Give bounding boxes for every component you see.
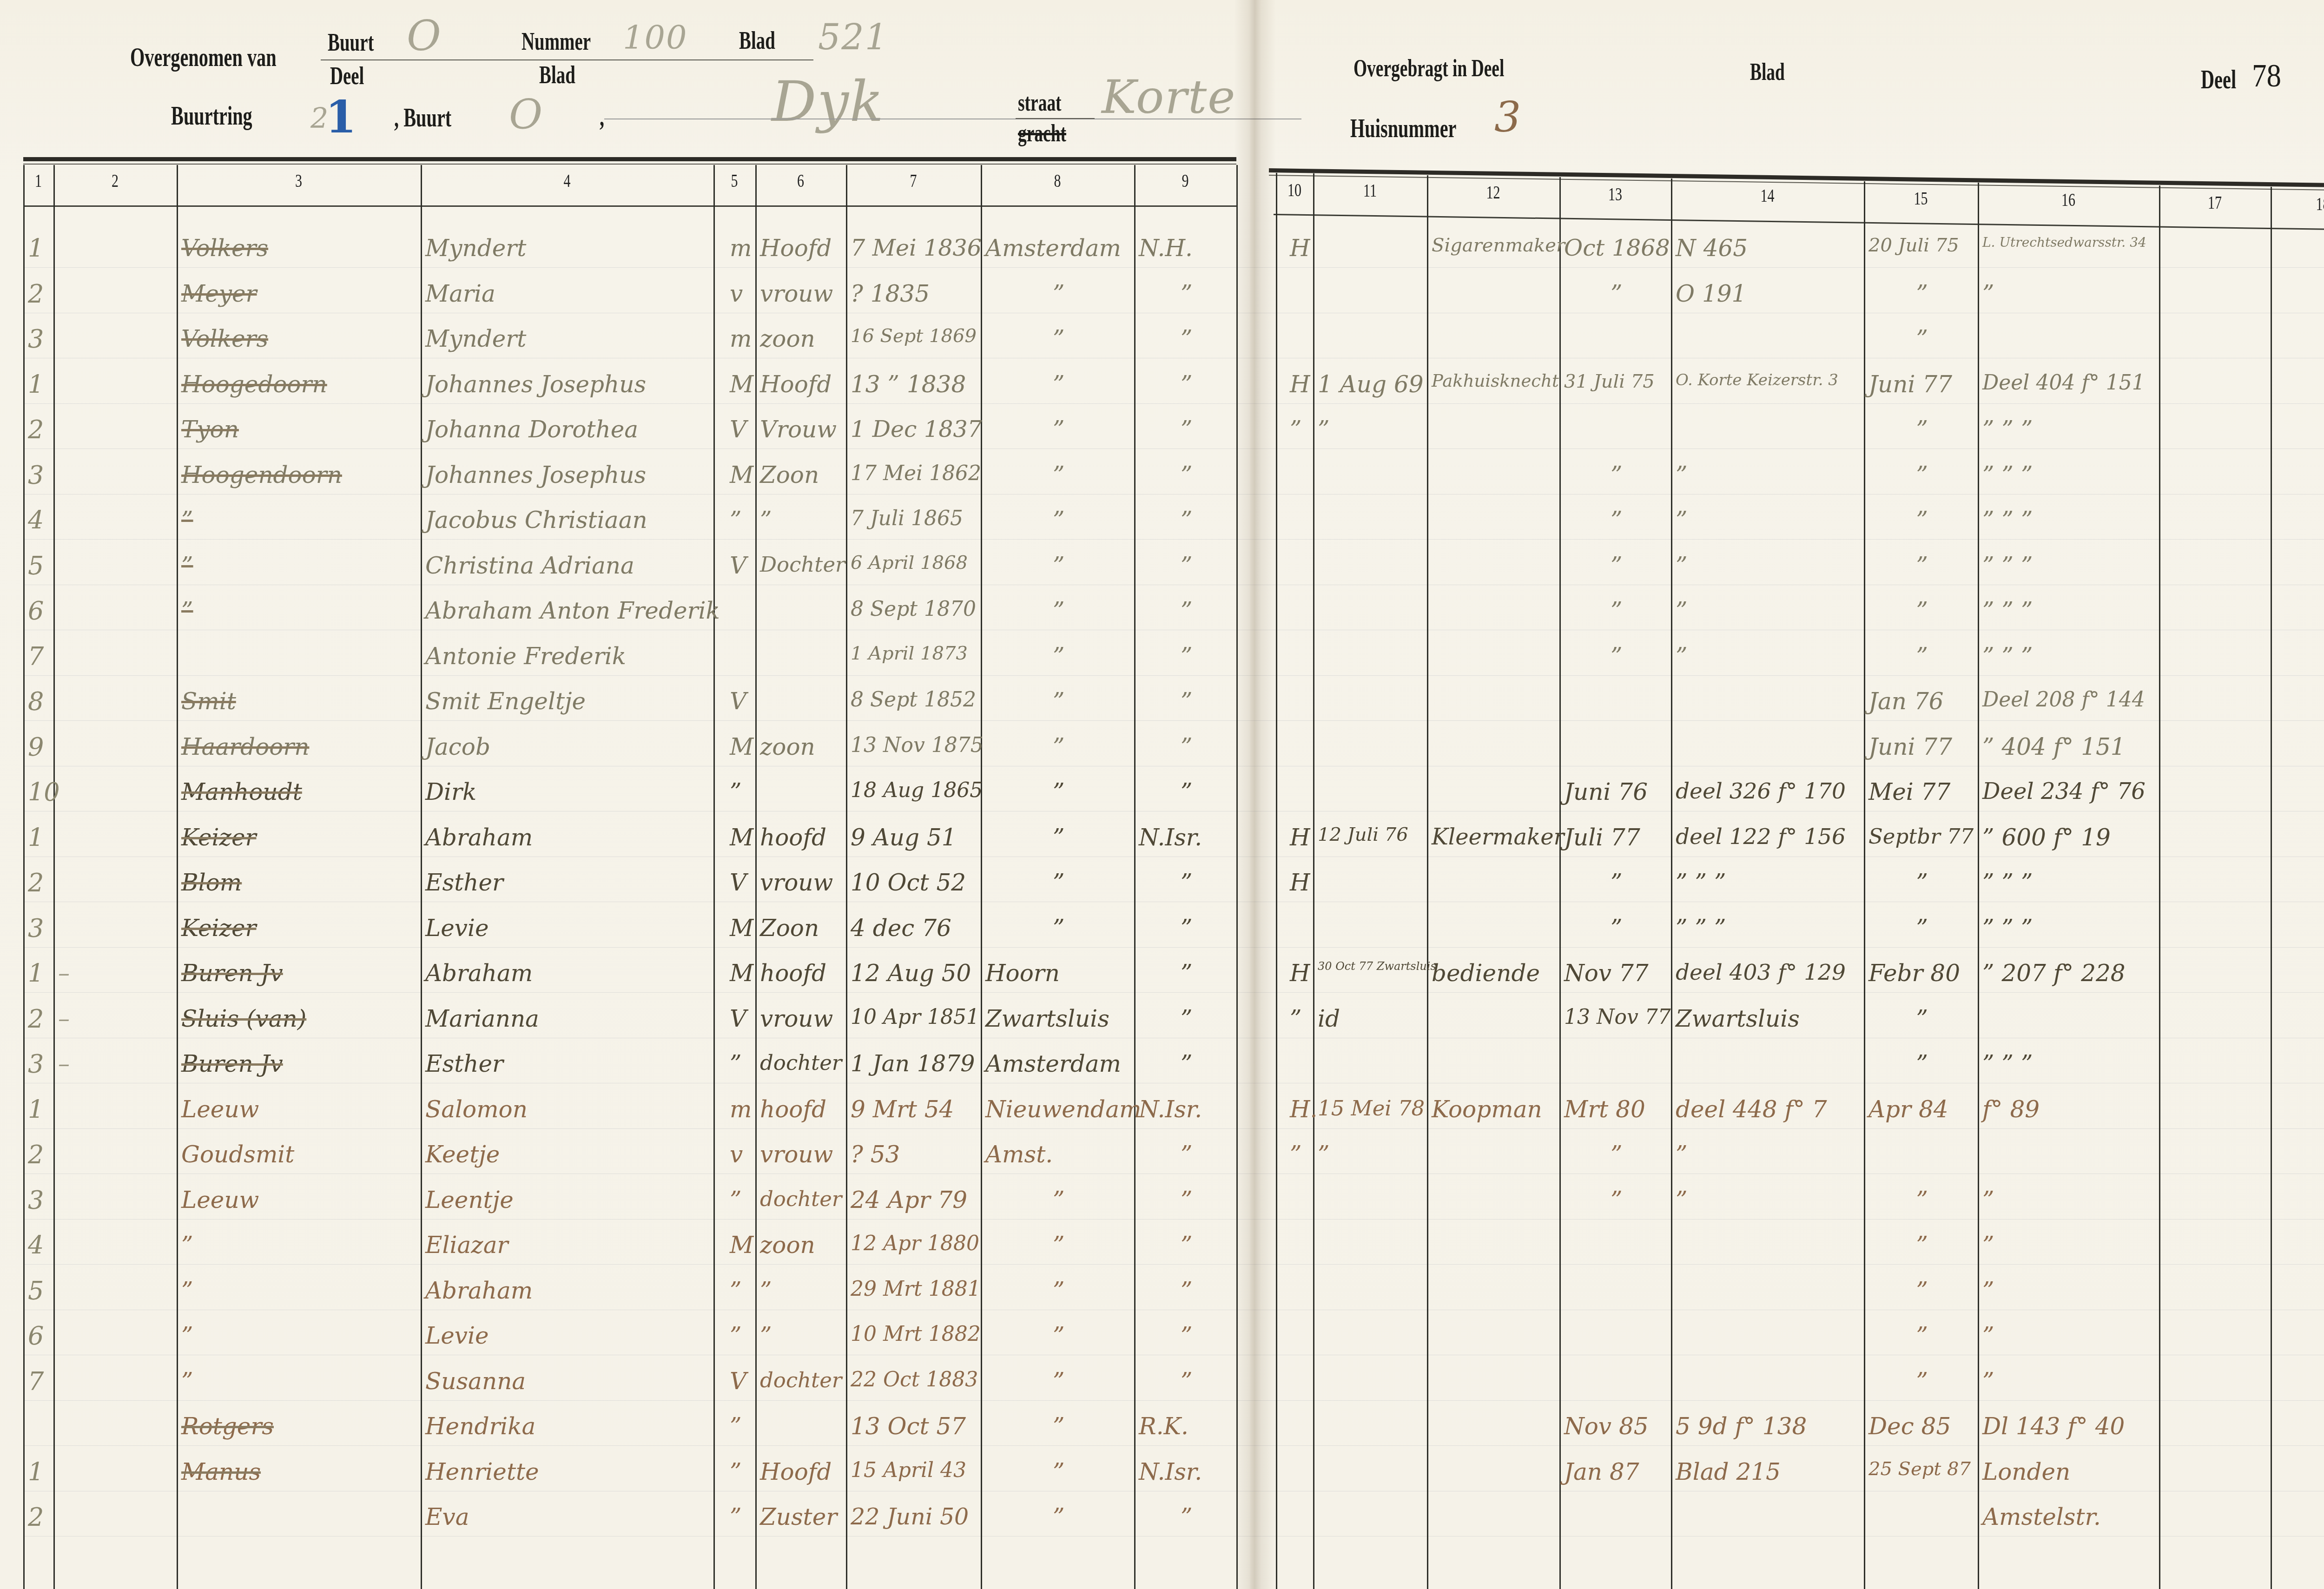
cell-c16: ” ” ”	[1982, 1050, 2033, 1077]
cell-c3: Buren Jv	[181, 1050, 283, 1077]
cell-c3: Tyon	[181, 416, 239, 443]
cell-c9: ”	[1181, 1141, 1193, 1168]
left-top-rule	[23, 157, 1236, 161]
huisnummer-value: 3	[1494, 93, 1522, 142]
row-number: 3	[28, 1049, 44, 1079]
column-number-7: 7	[863, 170, 964, 191]
cell-c6: zoon	[760, 733, 815, 760]
overgebragt-label: Overgebragt in Deel	[1353, 55, 1504, 82]
cell-c14: ”	[1676, 552, 1688, 579]
cell-c9: R.K.	[1139, 1413, 1188, 1440]
cell-c13: ”	[1611, 869, 1623, 896]
cell-c10: H	[1290, 869, 1310, 896]
cell-c5: m	[730, 235, 752, 262]
cell-c16: ” ” ”	[1982, 915, 2033, 942]
row-number: 2	[28, 868, 44, 897]
column-number-11: 11	[1327, 179, 1413, 201]
cell-c16: ”	[1982, 280, 1994, 307]
cell-c9: ”	[1181, 1322, 1193, 1349]
cell-c4: Johannes Josephus	[425, 462, 646, 488]
cell-c5: M	[730, 733, 753, 760]
cell-c15: ”	[1916, 1368, 1928, 1395]
cell-c8: ”	[1053, 1503, 1065, 1530]
cell-c9: ”	[1181, 960, 1193, 987]
cell-c15: Apr 84	[1868, 1096, 1948, 1123]
cell-c8: ”	[1053, 462, 1065, 488]
cell-c3: Leeuw	[181, 1187, 259, 1213]
row-number: 4	[28, 506, 44, 535]
row-number: 2	[28, 415, 44, 444]
cell-c8: ”	[1053, 688, 1065, 715]
cell-c5: M	[730, 1232, 753, 1259]
cell-c14: ”	[1676, 1141, 1688, 1168]
cell-c8: ”	[1053, 597, 1065, 624]
cell-c2: –	[58, 1005, 70, 1032]
cell-c8: ”	[1053, 1322, 1065, 1349]
cell-c14: O. Korte Keizerstr. 3	[1676, 371, 1838, 389]
cell-c7: 22 Oct 1883	[851, 1368, 978, 1391]
row-number: 1	[28, 959, 44, 988]
column-number-8: 8	[1000, 170, 1115, 191]
cell-c12: bediende	[1432, 960, 1540, 987]
cell-c6: vrouw	[760, 1005, 833, 1032]
cell-c8: Amsterdam	[985, 235, 1121, 262]
cell-c14: deel 403 f° 129	[1676, 960, 1846, 985]
row-number: 10	[28, 778, 53, 807]
cell-c6: hoofd	[760, 960, 826, 987]
cell-c9: N.Isr.	[1139, 1458, 1202, 1485]
cell-c15: ”	[1916, 869, 1928, 896]
cell-c13: Juli 77	[1564, 824, 1640, 851]
cell-c6: hoofd	[760, 824, 826, 851]
row-number: 4	[28, 1231, 44, 1260]
row-number: 1	[28, 234, 44, 263]
cell-c7: 16 Sept 1869	[851, 325, 977, 347]
cell-c4: Myndert	[425, 325, 526, 352]
straat-label: straat	[1018, 89, 1062, 117]
cell-c15: 25 Sept 87	[1868, 1458, 1971, 1480]
cell-c9: ”	[1181, 1368, 1193, 1395]
cell-c4: Abraham	[425, 960, 533, 987]
cell-c14: ”	[1676, 462, 1688, 488]
cell-c13: ”	[1611, 643, 1623, 670]
cell-c7: 15 April 43	[851, 1458, 966, 1482]
cell-c13: Nov 85	[1564, 1413, 1649, 1440]
cell-c13: ”	[1611, 1141, 1623, 1168]
cell-c8: ”	[1053, 869, 1065, 896]
cell-c15: ”	[1916, 552, 1928, 579]
cell-c13: ”	[1611, 507, 1623, 534]
column-number-6: 6	[766, 170, 834, 191]
cell-c6: vrouw	[760, 280, 833, 307]
cell-c8: ”	[1053, 280, 1065, 307]
column-divider	[1864, 181, 1865, 1589]
cell-c11: 1 Aug 69	[1318, 371, 1424, 398]
cell-c3: ”	[181, 1232, 193, 1259]
cell-c5: V	[730, 552, 746, 579]
cell-c7: ? 53	[851, 1141, 900, 1168]
cell-c4: Jacobus Christiaan	[425, 507, 647, 534]
cell-c9: ”	[1181, 915, 1193, 942]
row-number: 1	[28, 370, 44, 399]
nummer-value: 100	[623, 19, 688, 57]
cell-c5: V	[730, 1368, 746, 1395]
cell-c8: ”	[1053, 1232, 1065, 1259]
cell-c8: ”	[1053, 416, 1065, 443]
cell-c6: ”	[760, 1322, 772, 1349]
cell-c3: Buren Jv	[181, 960, 283, 987]
cell-c5: ”	[730, 1458, 742, 1485]
cell-c5: ”	[730, 1050, 742, 1077]
cell-c16: f° 89	[1982, 1096, 2040, 1123]
cell-c15: Septbr 77	[1868, 824, 1974, 849]
cell-c3: Sluis (van)	[181, 1005, 306, 1032]
cell-c9: ”	[1181, 325, 1193, 352]
cell-c4: Abraham	[425, 824, 533, 851]
cell-c3: ”	[181, 1368, 193, 1395]
cell-c7: 9 Mrt 54	[851, 1096, 954, 1123]
cell-c16: Deel 404 f° 151	[1982, 371, 2145, 395]
cell-c5: v	[730, 280, 743, 307]
column-divider	[846, 165, 847, 1589]
cell-c3: Hoogedoorn	[181, 371, 327, 398]
cell-c4: Esther	[425, 1050, 503, 1077]
cell-c16: ” ” ”	[1982, 643, 2033, 670]
cell-c2: –	[58, 1050, 70, 1077]
cell-c2: –	[58, 960, 70, 987]
cell-c16: ” ” ”	[1982, 462, 2033, 488]
overgenomen-divider	[321, 59, 813, 60]
cell-c8: ”	[1053, 325, 1065, 352]
cell-c8: ”	[1053, 824, 1065, 851]
cell-c3: Meyer	[181, 280, 257, 307]
cell-c5: m	[730, 325, 752, 352]
cell-c7: 22 Juni 50	[851, 1503, 969, 1530]
buurt2-label: , Buurt	[394, 103, 451, 133]
row-number: 2	[28, 1004, 44, 1034]
cell-c8: ”	[1053, 507, 1065, 534]
row-number: 1	[28, 823, 44, 852]
cell-c14: O 191	[1676, 280, 1746, 307]
cell-c11: 12 Juli 76	[1318, 824, 1408, 845]
cell-c6: zoon	[760, 325, 815, 352]
deel-blad-label: Blad	[539, 60, 575, 89]
cell-c6: Zoon	[760, 462, 819, 488]
cell-c11: ”	[1318, 416, 1330, 443]
cell-c15: 20 Juli 75	[1868, 235, 1959, 256]
cell-c12: Sigarenmaker	[1432, 235, 1559, 256]
cell-c8: ”	[1053, 1368, 1065, 1395]
row-number: 1	[28, 1095, 44, 1124]
column-divider	[1671, 178, 1672, 1589]
cell-c8: Nieuwendam	[985, 1096, 1134, 1123]
straat-gracht-divider	[1016, 118, 1095, 119]
cell-c9: ”	[1181, 416, 1193, 443]
left-top-rule-inner	[23, 164, 1236, 165]
cell-c16: ” 404 f° 151	[1982, 733, 2126, 760]
cell-c4: Susanna	[425, 1368, 526, 1395]
cell-c7: ? 1835	[851, 280, 930, 307]
cell-c7: 10 Oct 52	[851, 869, 966, 896]
cell-c9: ”	[1181, 1232, 1193, 1259]
cell-c4: Christina Adriana	[425, 552, 634, 579]
cell-c16: ” 600 f° 19	[1982, 824, 2111, 851]
cell-c6: vrouw	[760, 869, 833, 896]
cell-c3: Blom	[181, 869, 242, 896]
row-number: 5	[28, 1276, 44, 1305]
cell-c5: ”	[730, 1322, 742, 1349]
cell-c14: deel 326 f° 170	[1676, 778, 1846, 804]
cell-c9: ”	[1181, 1005, 1193, 1032]
cell-c15: Juni 77	[1868, 371, 1952, 398]
column-divider	[1313, 173, 1314, 1589]
cell-c8: ”	[1053, 371, 1065, 398]
cell-c16: ”	[1982, 1187, 1994, 1213]
cell-c4: Hendrika	[425, 1413, 535, 1440]
cell-c5: V	[730, 869, 746, 896]
row-number: 3	[28, 324, 44, 354]
cell-c8: ”	[1053, 915, 1065, 942]
column-divider	[53, 165, 55, 1589]
cell-c14: deel 448 f° 7	[1676, 1096, 1827, 1123]
column-number-10: 10	[1281, 179, 1308, 201]
column-divider	[2271, 187, 2272, 1589]
cell-c15: ”	[1916, 597, 1928, 624]
cell-c16: ”	[1982, 1232, 1994, 1259]
cell-c9: ”	[1181, 507, 1193, 534]
cell-c8: Amst.	[985, 1141, 1053, 1168]
gracht-label: gracht	[1018, 120, 1066, 147]
cell-c14: ” ” ”	[1676, 869, 1726, 896]
cell-c16: L. Utrechtsedwarsstr. 34	[1982, 235, 2146, 250]
cell-c7: 10 Apr 1851	[851, 1005, 979, 1029]
column-number-16: 16	[2000, 189, 2137, 211]
cell-c7: 1 Dec 1837	[851, 416, 981, 442]
cell-c3: Manhoudt	[181, 778, 302, 805]
cell-c7: 12 Apr 1880	[851, 1232, 979, 1255]
cell-c8: ”	[1053, 733, 1065, 760]
cell-c14: Blad 215	[1676, 1458, 1781, 1485]
cell-c14: 5 9d f° 138	[1676, 1413, 1807, 1440]
cell-c6: ”	[760, 1277, 772, 1304]
cell-c11: 30 Oct 77 Zwartsluis	[1318, 960, 1427, 973]
cell-c7: 18 Aug 1865	[851, 778, 981, 802]
cell-c4: Abraham Anton Frederik	[425, 597, 713, 624]
cell-c7: 10 Mrt 1882	[851, 1322, 981, 1346]
cell-c14: ” ” ”	[1676, 915, 1726, 942]
cell-c9: ”	[1181, 552, 1193, 579]
cell-c8: ”	[1053, 643, 1065, 670]
cell-c10: H	[1290, 824, 1310, 851]
cell-c5: V	[730, 1005, 746, 1032]
cell-c8: Zwartsluis	[985, 1005, 1109, 1032]
cell-c8: Amsterdam	[985, 1050, 1121, 1077]
cell-c5: ”	[730, 1277, 742, 1304]
cell-c9: ”	[1181, 1187, 1193, 1213]
cell-c3: Haardoorn	[181, 733, 309, 760]
cell-c3: Hoogendoorn	[181, 462, 342, 488]
cell-c14: ”	[1676, 597, 1688, 624]
cell-c13: ”	[1611, 462, 1623, 488]
volume-deel-value: 78	[2252, 58, 2281, 95]
book-gutter	[1234, 0, 1276, 1589]
cell-c6: zoon	[760, 1232, 815, 1259]
cell-c16: ” 207 f° 228	[1982, 960, 2126, 987]
buurtring-label: Buurtring	[171, 101, 252, 131]
cell-c16: ” ” ”	[1982, 552, 2033, 579]
cell-c5: ”	[730, 1187, 742, 1213]
cell-c13: ”	[1611, 915, 1623, 942]
cell-c15: ”	[1916, 1187, 1928, 1213]
cell-c6: Hoofd	[760, 235, 832, 262]
column-divider	[1559, 177, 1561, 1589]
cell-c11: ”	[1318, 1141, 1330, 1168]
cell-c16: Amstelstr.	[1982, 1503, 2101, 1530]
row-number: 6	[28, 596, 44, 626]
cell-c5: V	[730, 416, 746, 443]
cell-c15: ”	[1916, 1005, 1928, 1032]
cell-c9: ”	[1181, 1277, 1193, 1304]
cell-c12: Kleermaker	[1432, 824, 1559, 850]
cell-c7: 8 Sept 1852	[851, 688, 976, 712]
cell-c16: ” ” ”	[1982, 416, 2033, 443]
cell-c7: 13 Nov 1875	[851, 733, 981, 757]
row-number: 2	[28, 1140, 44, 1169]
cell-c3: ”	[181, 1322, 193, 1349]
column-number-13: 13	[1573, 183, 1657, 205]
row-number: 3	[28, 914, 44, 943]
cell-c12: Koopman	[1432, 1096, 1542, 1123]
street-name: Dyk	[772, 70, 885, 134]
column-divider	[1427, 175, 1428, 1589]
cell-c13: ”	[1611, 1187, 1623, 1213]
cell-c9: N.Isr.	[1139, 824, 1202, 851]
row-number: 7	[28, 1367, 44, 1396]
cell-c8: ”	[1053, 1277, 1065, 1304]
cell-c14: Zwartsluis	[1676, 1005, 1800, 1032]
cell-c16: Dl 143 f° 40	[1982, 1413, 2125, 1440]
cell-c9: ”	[1181, 1503, 1193, 1530]
cell-c7: 7 Juli 1865	[851, 507, 963, 530]
cell-c13: Jan 87	[1564, 1458, 1639, 1485]
cell-c13: ”	[1611, 552, 1623, 579]
cell-c4: Smit Engeltje	[425, 688, 586, 715]
cell-c4: Johanna Dorothea	[425, 416, 638, 443]
cell-c14: N 465	[1676, 235, 1748, 262]
column-number-1: 1	[27, 170, 50, 191]
row-number: 2	[28, 1503, 44, 1532]
cell-c4: Antonie Frederik	[425, 643, 626, 670]
row-number: 3	[28, 461, 44, 490]
cell-c4: Esther	[425, 869, 503, 896]
cell-c5: M	[730, 462, 753, 488]
header-comma: ,	[600, 102, 604, 132]
cell-c5: M	[730, 915, 753, 942]
cell-c4: Jacob	[425, 733, 490, 760]
buurt-label: Buurt	[328, 28, 374, 57]
cell-c6: ”	[760, 507, 772, 534]
cell-c4: Abraham	[425, 1277, 533, 1304]
cell-c4: Levie	[425, 1322, 489, 1349]
cell-c16: ”	[1982, 1322, 1994, 1349]
cell-c6: hoofd	[760, 1096, 826, 1123]
cell-c11: 15 Mei 78	[1318, 1096, 1425, 1121]
cell-c3: Smit	[181, 688, 236, 715]
cell-c7: 8 Sept 1870	[851, 597, 976, 621]
cell-c6: vrouw	[760, 1141, 833, 1168]
cell-c3: Rotgers	[181, 1413, 274, 1440]
cell-c7: 1 April 1873	[851, 643, 968, 664]
cell-c15: ”	[1916, 416, 1928, 443]
cell-c16: ”	[1982, 1368, 1994, 1395]
cell-c5: ”	[730, 1503, 742, 1530]
column-number-18: 18	[2284, 193, 2324, 215]
row-number: 5	[28, 551, 44, 580]
cell-c6: Vrouw	[760, 416, 837, 443]
cell-c7: 1 Jan 1879	[851, 1050, 975, 1077]
cell-c4: Eliazar	[425, 1232, 508, 1259]
cell-c3: Manus	[181, 1458, 261, 1485]
cell-c4: Eva	[425, 1503, 469, 1530]
huisnummer-label: Huisnummer	[1350, 114, 1456, 144]
cell-c3: Volkers	[181, 325, 268, 352]
cell-c13: Juni 76	[1564, 778, 1648, 805]
cell-c6: Hoofd	[760, 1458, 832, 1485]
cell-c16: ”	[1982, 1277, 1994, 1304]
column-divider	[755, 165, 757, 1589]
cell-c5: ”	[730, 778, 742, 805]
cell-c3: ”	[181, 597, 193, 624]
volume-deel-label: Deel	[2201, 65, 2236, 95]
cell-c9: ”	[1181, 778, 1193, 805]
cell-c5: V	[730, 688, 746, 715]
cell-c15: ”	[1916, 1277, 1928, 1304]
column-number-3: 3	[207, 170, 390, 191]
cell-c3: ”	[181, 552, 193, 579]
cell-c14: ”	[1676, 1187, 1688, 1213]
column-number-4: 4	[457, 170, 677, 191]
cell-c4: Dirk	[425, 778, 476, 805]
cell-c8: ”	[1053, 1413, 1065, 1440]
cell-c10: ”	[1290, 416, 1302, 443]
street-prefix: Korte	[1102, 70, 1236, 124]
cell-c7: 12 Aug 50	[851, 960, 971, 987]
cell-c15: Dec 85	[1868, 1413, 1951, 1440]
cell-c5: v	[730, 1141, 743, 1168]
cell-c3: Leeuw	[181, 1096, 259, 1123]
cell-c6: Zuster	[760, 1503, 837, 1530]
overgebragt-blad-label: Blad	[1750, 59, 1785, 86]
cell-c3: Volkers	[181, 235, 268, 262]
cell-c6: Dochter	[760, 552, 845, 577]
cell-c16: ” ” ”	[1982, 869, 2033, 896]
cell-c7: 29 Mrt 1881	[851, 1277, 981, 1301]
cell-c15: Mei 77	[1868, 778, 1950, 805]
cell-c16: Deel 234 f° 76	[1982, 778, 2146, 804]
cell-c4: Johannes Josephus	[425, 371, 646, 398]
cell-c8: ”	[1053, 1458, 1065, 1485]
column-divider	[1276, 173, 1277, 1589]
cell-c3: ”	[181, 1277, 193, 1304]
cell-c9: ”	[1181, 597, 1193, 624]
cell-c16: ” ” ”	[1982, 597, 2033, 624]
cell-c6: dochter	[760, 1368, 842, 1392]
deel-label: Deel	[330, 61, 364, 90]
nummer-label: Nummer	[522, 27, 591, 56]
cell-c5: M	[730, 960, 753, 987]
cell-c9: ”	[1181, 371, 1193, 398]
cell-c14: deel 122 f° 156	[1676, 824, 1846, 850]
